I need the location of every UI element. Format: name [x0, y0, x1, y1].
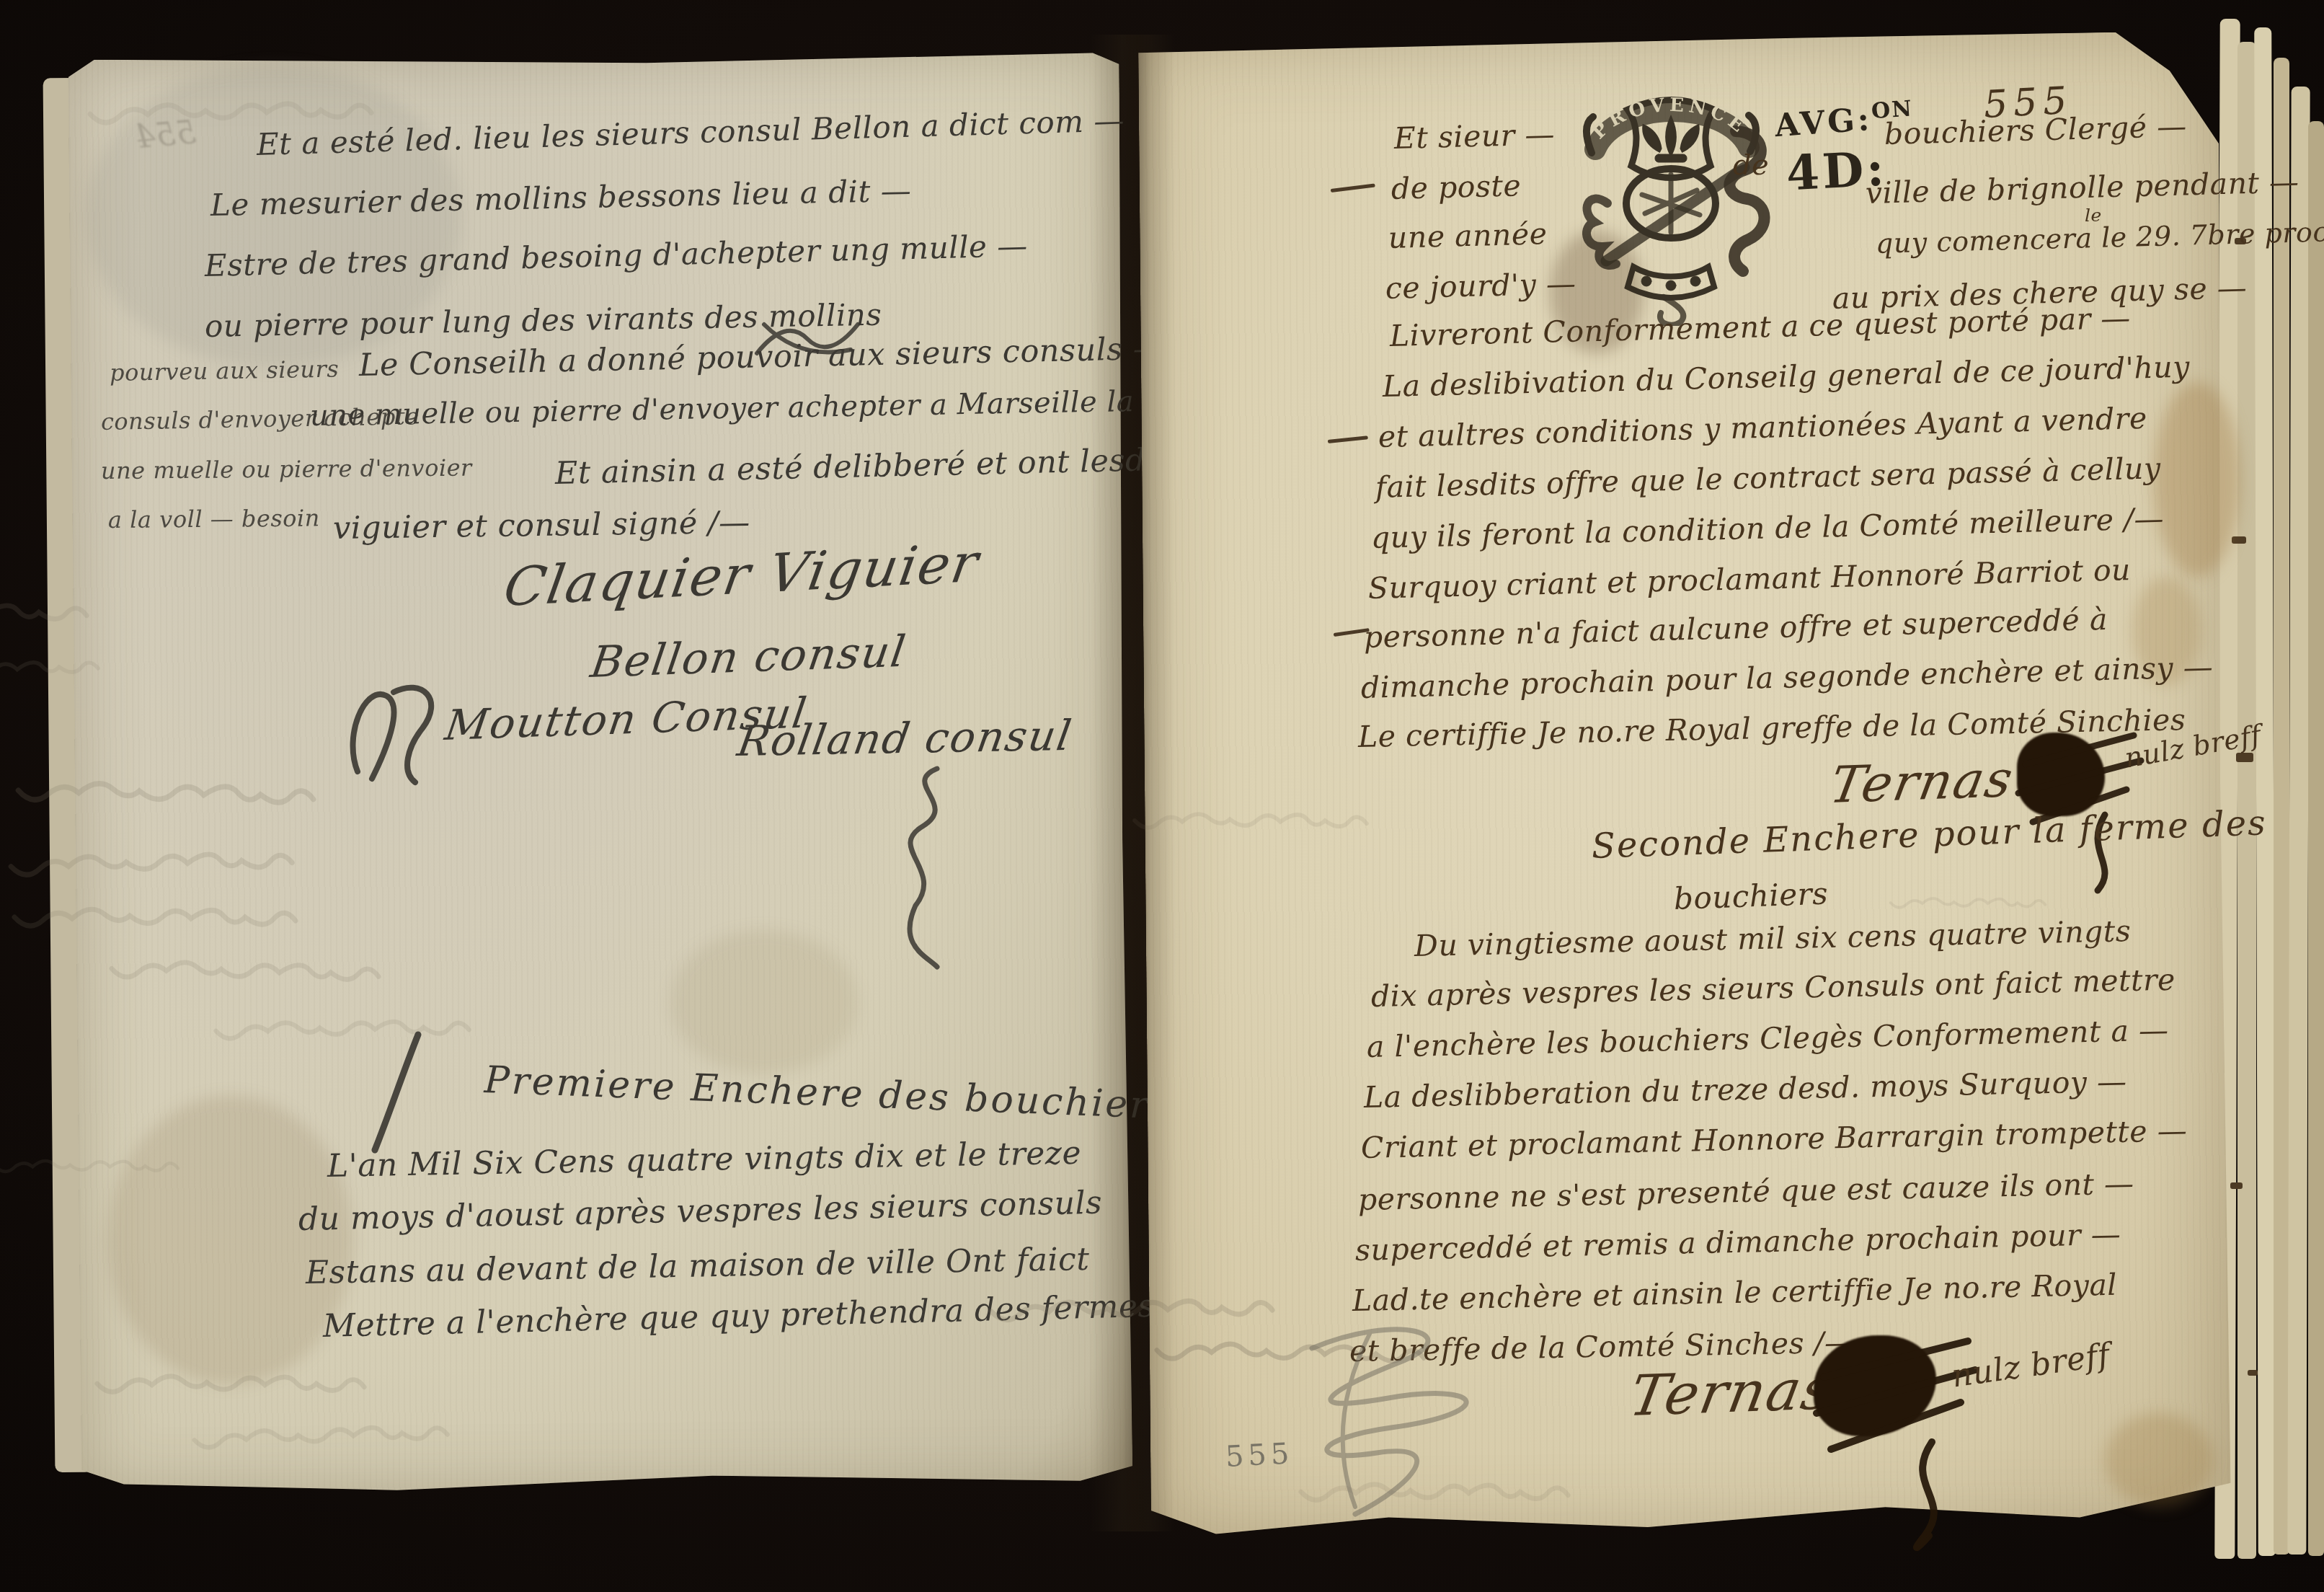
edge-ink-mark: [2230, 1182, 2243, 1189]
page-edge-strip: [2274, 58, 2289, 1555]
bleedthrough-ghost-line: [187, 1013, 498, 1044]
margin-note-line: pourveu aux sieurs: [110, 355, 340, 386]
bleedthrough-ghost-line: [43, 1370, 418, 1397]
page-edge-strip: [2308, 121, 2324, 1556]
ghost-folio-number: 554: [133, 114, 198, 156]
page-edge-strip: [2254, 27, 2276, 1556]
pencil-folio-number: 555: [1225, 1437, 1295, 1474]
manuscript-line: viguier et consul signé /—: [333, 505, 750, 547]
paper-stain: [2154, 382, 2240, 577]
book-photo: 554 Et a esté led. lieu les sieurs consu…: [0, 0, 2324, 1592]
edge-ink-mark: [2248, 1370, 2258, 1376]
ink-flourish: [336, 671, 458, 793]
signature: Ternas: [1826, 749, 2018, 815]
manuscript-line: ce jourd'y —: [1385, 266, 1576, 306]
page-edge-strip: [2237, 42, 2256, 1559]
ink-flourish: [858, 761, 966, 978]
paper-stain: [670, 930, 858, 1074]
manuscript-word: de: [1733, 149, 1769, 182]
bleedthrough-ghost-line: [0, 1154, 180, 1178]
date-superscript: le: [2085, 205, 2102, 226]
manuscript-line: de poste: [1391, 168, 1521, 206]
gutter-shadow: [1090, 35, 1175, 1531]
margin-note-line: une muelle ou pierre d'envoier: [101, 454, 472, 485]
edge-ink-mark: [2232, 536, 2246, 544]
manuscript-line: Et sieur —: [1393, 117, 1555, 156]
ink-flourish: [364, 1027, 429, 1157]
page-edge-strip: [2287, 87, 2310, 1555]
bleedthrough-ghost-line: [0, 903, 375, 932]
section-heading: bouchiers: [1673, 876, 1829, 916]
pencil-scribble: [1269, 1305, 1571, 1529]
paper-stain: [108, 1096, 353, 1384]
fiscal-stamp: PROVENCE: [1556, 81, 1793, 326]
signature: Rolland consul: [735, 711, 1076, 766]
margin-note-line: a la voll — besoin: [108, 504, 320, 534]
bleedthrough-ghost-line: [0, 598, 108, 626]
manuscript-line: une année: [1388, 216, 1548, 255]
paper-stain: [2105, 1413, 2213, 1507]
